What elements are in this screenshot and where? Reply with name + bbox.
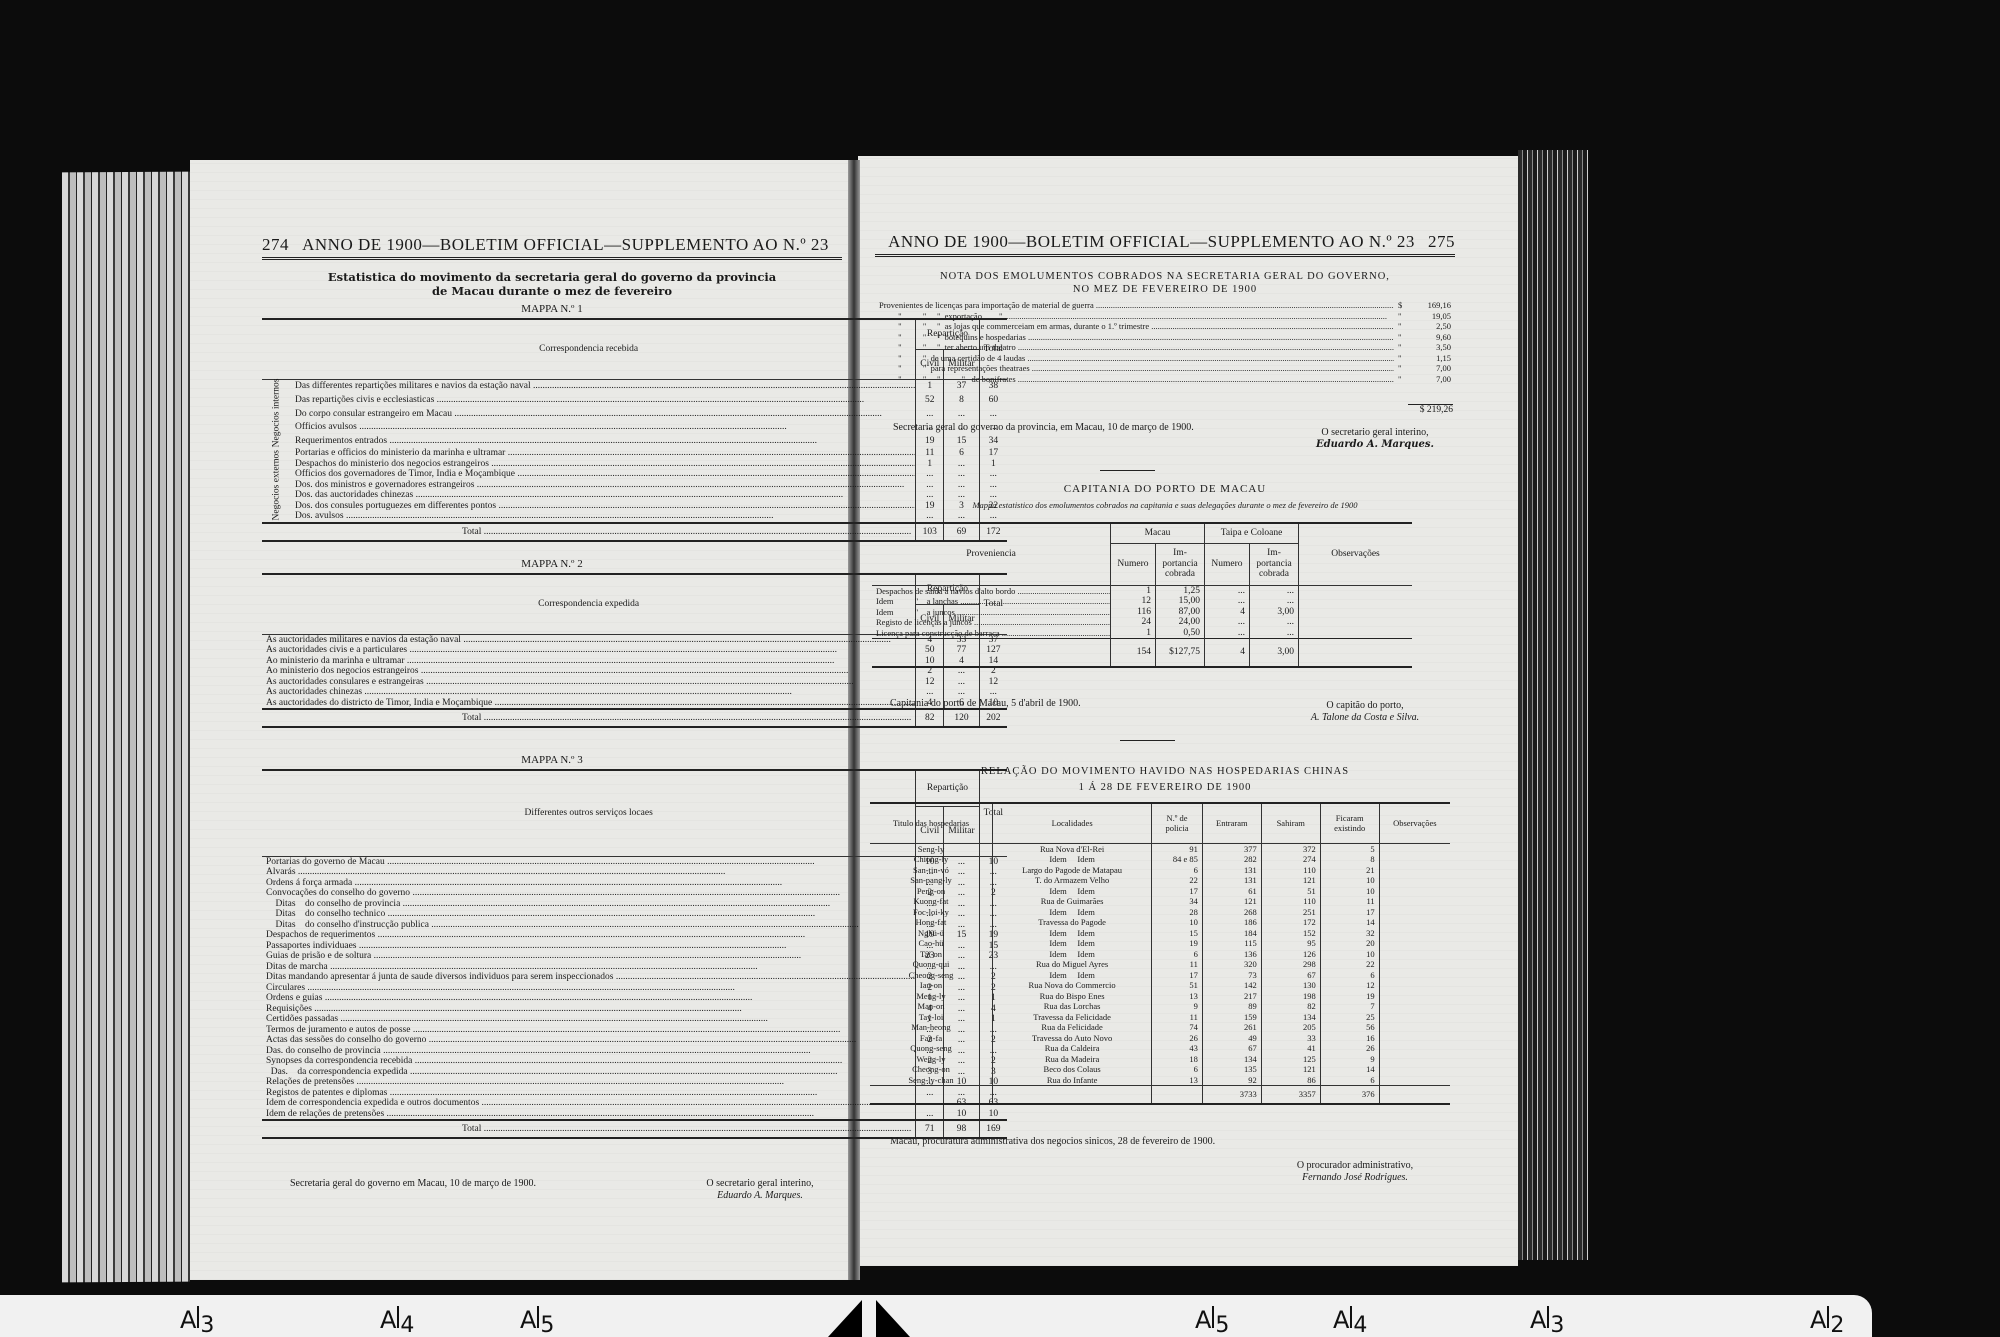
hospedaria-name: San-tin-vó — [870, 865, 993, 876]
ficaram-value: 56 — [1320, 1022, 1379, 1033]
militar-value: ... — [944, 687, 979, 698]
hospedarias-table-wrap: Titulo das hospedariasLocalidadesN.º de … — [870, 802, 1450, 1105]
hospedaria-name: Foc-loi-ky — [870, 907, 993, 918]
localidade: Idem Idem — [993, 907, 1152, 918]
row-label: Ditas do conselho de provincia — [262, 899, 916, 910]
ficaram-value: 21 — [1320, 865, 1379, 876]
row-label: Ordens á força armada — [262, 878, 916, 889]
entraram-value: 261 — [1202, 1022, 1261, 1033]
sahiram-value: 110 — [1261, 865, 1320, 876]
row-label: Dos. dos ministros e governadores estran… — [291, 480, 916, 491]
m-num-value: 12 — [1111, 596, 1156, 607]
policia-number: 6 — [1152, 865, 1203, 876]
ficaram-value: 8 — [1320, 854, 1379, 865]
hospedarias-title-line-1: RELAÇÃO DO MOVIMENTO HAVIDO NAS HOSPEDAR… — [875, 764, 1455, 780]
localidade: Beco dos Colaus — [993, 1064, 1152, 1075]
row-label: Requerimentos entrados — [291, 435, 916, 449]
ficaram-value: 17 — [1320, 907, 1379, 918]
localidade: Idem Idem — [993, 886, 1152, 897]
hospedarias-footer-place: Macau, procuratura administrativa dos ne… — [890, 1136, 1310, 1148]
signatory-role: O secretario geral interino, — [680, 1178, 840, 1190]
sahiram-value: 372 — [1261, 843, 1320, 854]
table-row: San-pang-lyT. do Armazem Velho2213112110 — [870, 875, 1450, 886]
m-imp-value: 24,00 — [1156, 617, 1205, 628]
observacoes-value — [1379, 938, 1450, 949]
policia-number: 6 — [1152, 1064, 1203, 1075]
table-row: Man-heongRua da Felicidade7426120556 — [870, 1022, 1450, 1033]
hospedaria-name: Cao-hü — [870, 938, 993, 949]
running-head: ANNO DE 1900—BOLETIM OFFICIAL—SUPPLEMENT… — [875, 232, 1428, 252]
total-value: 1 — [979, 459, 1007, 470]
fee-value: 1,15 — [1412, 353, 1455, 364]
table-row: Despachos do ministerio dos negocios est… — [262, 459, 1007, 470]
signatory-name: Fernando José Rodrigues. — [1270, 1172, 1440, 1184]
policia-number: 84 e 85 — [1152, 854, 1203, 865]
policia-number: 17 — [1152, 970, 1203, 981]
mappa3-table-wrap: Differentes outros serviços locaes Repar… — [262, 769, 842, 1139]
table-row: Cheong-sengIdem Idem1773676 — [870, 970, 1450, 981]
row-label: Ao ministerio da marinha e ultramar — [262, 656, 916, 667]
col-header-observacoes: Observações — [1299, 523, 1413, 585]
row-label: Officios avulsos — [291, 421, 916, 435]
observacoes-value — [1379, 865, 1450, 876]
ficaram-value: 10 — [1320, 949, 1379, 960]
entraram-value: 282 — [1202, 854, 1261, 865]
sahiram-value: 41 — [1261, 1043, 1320, 1054]
signatory-name: Eduardo A. Marques. — [680, 1190, 840, 1202]
col-header: Titulo das hospedarias — [870, 803, 993, 843]
t-imp-value: ... — [1250, 628, 1299, 639]
militar-value: 6 — [944, 448, 979, 459]
col-header: Localidades — [993, 803, 1152, 843]
row-label: Ditas do conselho technico — [262, 909, 916, 920]
row-label: Idem de relações de pretensões — [262, 1109, 916, 1121]
ficaram-value: 10 — [1320, 875, 1379, 886]
row-label: Synopses da correspondencia recebida — [262, 1056, 916, 1067]
list-item: Provenientes de licenças para importação… — [875, 300, 1455, 311]
total-entraram: 3733 — [1202, 1086, 1261, 1104]
civil-value: 19 — [916, 435, 944, 449]
hospedaria-name: Meng-ly — [870, 991, 993, 1002]
table-row: Registo de licenças a juncos2424,00.....… — [872, 617, 1412, 628]
observacoes-value — [1379, 843, 1450, 854]
sahiram-value: 121 — [1261, 875, 1320, 886]
film-frame-marker: A4 — [1333, 1306, 1367, 1337]
policia-number: 15 — [1152, 928, 1203, 939]
col-header-macau: Macau — [1111, 523, 1205, 543]
col-header-proveniencia: Proveniencia — [872, 523, 1111, 585]
m-imp-value: 87,00 — [1156, 607, 1205, 618]
marker-letter: A — [520, 1306, 536, 1334]
table-row: Seng-ly-chanRua do Infante1392866 — [870, 1075, 1450, 1086]
entraram-value: 121 — [1202, 896, 1261, 907]
table-row: Man-onRua das Lorchas989827 — [870, 1001, 1450, 1012]
fee-value: 19,05 — [1412, 311, 1455, 322]
row-label: Ditas mandando apresentar á junta de sau… — [262, 972, 916, 983]
page-number: 275 — [1428, 232, 1455, 252]
table-row: Idem " a lanchas1215,00...... — [872, 596, 1412, 607]
table-row: Chiong-lyIdem Idem84 e 852822748 — [870, 854, 1450, 865]
entraram-value: 320 — [1202, 959, 1261, 970]
policia-number: 43 — [1152, 1043, 1203, 1054]
sahiram-value: 67 — [1261, 970, 1320, 981]
fee-label: " " " " de bonifrates — [875, 374, 1394, 385]
entraram-value: 142 — [1202, 980, 1261, 991]
table-row: Idem " a juncos11687,0043,00 — [872, 607, 1412, 618]
sahiram-value: 298 — [1261, 959, 1320, 970]
total-row: Total82120202 — [262, 709, 1007, 727]
row-label: Das differentes repartições militares e … — [291, 379, 916, 393]
table-row: Do corpo consular estrangeiro em Macau..… — [262, 407, 1007, 421]
sahiram-value: 110 — [1261, 896, 1320, 907]
policia-number: 6 — [1152, 949, 1203, 960]
total-t-num: 4 — [1205, 639, 1250, 667]
civil-value: ... — [916, 687, 944, 698]
t-imp-value: ... — [1250, 585, 1299, 596]
total-empty — [993, 1086, 1152, 1104]
sahiram-value: 274 — [1261, 854, 1320, 865]
observacoes-value — [1379, 907, 1450, 918]
film-frame-marker: A4 — [380, 1306, 414, 1337]
hospedarias-title-line-2: 1 Á 28 DE FEVEREIRO DE 1900 — [875, 780, 1455, 796]
observacoes-value — [1379, 1043, 1450, 1054]
ficaram-value: 20 — [1320, 938, 1379, 949]
ficaram-value: 14 — [1320, 1064, 1379, 1075]
signatory-role: O secretario geral interino, — [1300, 427, 1450, 439]
policia-number: 74 — [1152, 1022, 1203, 1033]
civil-value: ... — [916, 407, 944, 421]
ficaram-value: 22 — [1320, 959, 1379, 970]
capitania-footer-place: Capitania do porto de Macau, 5 d'abril d… — [890, 698, 1230, 710]
total-value: ... — [979, 407, 1007, 421]
total-value: 2 — [979, 666, 1007, 677]
row-label: Dos. dos consules portuguezes em differe… — [291, 501, 916, 512]
book-fore-edge-left — [62, 172, 190, 1283]
militar-value: ... — [944, 459, 979, 470]
civil-value: 11 — [916, 448, 944, 459]
list-item: " " " exportação ""19,05 — [875, 311, 1455, 322]
table-row: San-tin-vóLargo do Pagode de Matapau6131… — [870, 865, 1450, 876]
row-label: Idem " a juncos — [872, 607, 1111, 618]
observacoes-value — [1379, 1012, 1450, 1023]
hospedaria-name: Chiong-ly — [870, 854, 993, 865]
t-imp-value: ... — [1250, 596, 1299, 607]
section-divider — [1100, 470, 1155, 471]
hospedaria-name: Cheong-on — [870, 1064, 993, 1075]
hospedaria-name: Weng-ly — [870, 1054, 993, 1065]
table-row: Cheong-onBeco dos Colaus613512114 — [870, 1064, 1450, 1075]
total-militar: 120 — [944, 709, 979, 727]
total-m-num: 154 — [1111, 639, 1156, 667]
localidade: Idem Idem — [993, 928, 1152, 939]
row-label: Despachos de saida a navios d'alto bordo — [872, 585, 1111, 596]
table-row: Ás auctoridades chinezas......... — [262, 687, 1007, 698]
militar-value: ... — [944, 666, 979, 677]
ficaram-value: 9 — [1320, 1054, 1379, 1065]
total-label: Total — [262, 1120, 916, 1138]
row-label: Registo de licenças a juncos — [872, 617, 1111, 628]
signatory-role: O procurador administrativo, — [1270, 1160, 1440, 1172]
signatory-role: O capitão do porto, — [1280, 700, 1450, 712]
table-row: Peng-onIdem Idem17615110 — [870, 886, 1450, 897]
localidade: Rua de Guimarães — [993, 896, 1152, 907]
fee-value: 2,50 — [1412, 321, 1455, 332]
row-label: Licença para construcção de barraca — [872, 628, 1111, 639]
fee-label: " " para representações theatraes — [875, 363, 1394, 374]
film-frame-marker: A2 — [1810, 1306, 1844, 1337]
fee-label: " " " ter aberto um theatro — [875, 342, 1394, 353]
table-row: Despachos de saida a navios d'alto bordo… — [872, 585, 1412, 596]
hospedaria-name: San-pang-ly — [870, 875, 993, 886]
localidade: Rua Nova do Commercio — [993, 980, 1152, 991]
marker-number: 4 — [1353, 1313, 1367, 1337]
marker-letter: A — [1810, 1306, 1826, 1334]
t-num-value: ... — [1205, 628, 1250, 639]
hospedaria-name: Tay-loi — [870, 1012, 993, 1023]
total-ficaram: 376 — [1320, 1086, 1379, 1104]
fee-value: 7,00 — [1412, 363, 1455, 374]
civil-value: ... — [916, 1109, 944, 1121]
sahiram-value: 152 — [1261, 928, 1320, 939]
nota-footer-place: Secretaria geral do governo da provincia… — [893, 422, 1273, 434]
table-row: Cao-hüIdem Idem191159520 — [870, 938, 1450, 949]
observacoes-value — [1379, 1001, 1450, 1012]
arrow-right-icon — [876, 1300, 910, 1337]
list-item: " " " botequins e hospedarias"9,60 — [875, 332, 1455, 343]
col-header: Entraram — [1202, 803, 1261, 843]
ficaram-value: 5 — [1320, 843, 1379, 854]
group-label-external: Negocios externos — [262, 448, 291, 523]
row-label: Despachos do ministerio dos negocios est… — [291, 459, 916, 470]
sahiram-value: 172 — [1261, 917, 1320, 928]
list-item: " " " " de bonifrates"7,00 — [875, 374, 1455, 385]
total-row: 37333357376 — [870, 1086, 1450, 1104]
list-item: " " de uma certidão de 4 laudas"1,15 — [875, 353, 1455, 364]
civil-value: 12 — [916, 677, 944, 688]
observacoes-value — [1299, 585, 1413, 596]
list-item: " " para representações theatraes"7,00 — [875, 363, 1455, 374]
table-row: Negocios externosPortarias e officios do… — [262, 448, 1007, 459]
capitania-table-wrap: Proveniencia Macau Taipa e Coloane Obser… — [872, 522, 1412, 668]
page-number: 274 — [262, 235, 289, 255]
ficaram-value: 16 — [1320, 1033, 1379, 1044]
hospedaria-name: Peng-on — [870, 886, 993, 897]
fee-currency: " — [1394, 342, 1412, 353]
sahiram-value: 86 — [1261, 1075, 1320, 1086]
sahiram-value: 125 — [1261, 1054, 1320, 1065]
localidade: Idem Idem — [993, 970, 1152, 981]
policia-number: 22 — [1152, 875, 1203, 886]
sahiram-value: 251 — [1261, 907, 1320, 918]
observacoes-value — [1379, 991, 1450, 1002]
t-num-value: ... — [1205, 617, 1250, 628]
table-row: Ás auctoridades consulares e estrangeira… — [262, 677, 1007, 688]
localidade: Rua Nova d'El-Rei — [993, 843, 1152, 854]
row-label: Dos. avulsos — [291, 511, 916, 523]
m-num-value: 1 — [1111, 628, 1156, 639]
civil-value: 1 — [916, 459, 944, 470]
militar-value: ... — [944, 469, 979, 480]
ficaram-value: 6 — [1320, 1075, 1379, 1086]
total-empty — [1152, 1086, 1203, 1104]
ficaram-value: 11 — [1320, 896, 1379, 907]
col-header-main: Correspondencia recebida — [262, 319, 916, 379]
sahiram-value: 126 — [1261, 949, 1320, 960]
fee-currency: " — [1394, 353, 1412, 364]
entraram-value: 61 — [1202, 886, 1261, 897]
hospedaria-name: Man-on — [870, 1001, 993, 1012]
row-label: Relações de pretensões — [262, 1077, 916, 1088]
table-row: Weng-lyRua da Madeira181341259 — [870, 1054, 1450, 1065]
right-running-header: ANNO DE 1900—BOLETIM OFFICIAL—SUPPLEMENT… — [875, 232, 1455, 257]
hospedarias-table: Titulo das hospedariasLocalidadesN.º de … — [870, 802, 1450, 1105]
entraram-value: 115 — [1202, 938, 1261, 949]
hospedarias-title: RELAÇÃO DO MOVIMENTO HAVIDO NAS HOSPEDAR… — [875, 764, 1455, 796]
row-label: Ás auctoridades chinezas — [262, 687, 916, 698]
sahiram-value: 198 — [1261, 991, 1320, 1002]
localidade: Travessa da Felicidade — [993, 1012, 1152, 1023]
policia-number: 51 — [1152, 980, 1203, 991]
hospedaria-name: Quong-qui — [870, 959, 993, 970]
localidade: Travessa do Auto Novo — [993, 1033, 1152, 1044]
table-row: Iau-onRua Nova do Commercio5114213012 — [870, 980, 1450, 991]
fee-value: 7,00 — [1412, 374, 1455, 385]
col-header-taipa: Taipa e Coloane — [1205, 523, 1299, 543]
entraram-value: 89 — [1202, 1001, 1261, 1012]
m-num-value: 116 — [1111, 607, 1156, 618]
row-label: Ás auctoridades civis e a particulares — [262, 645, 916, 656]
observacoes-value — [1299, 628, 1413, 639]
total-value: 10 — [979, 1109, 1007, 1121]
row-label: Idem de correspondencia expedida e outro… — [262, 1098, 916, 1109]
fee-label: " " " exportação " — [875, 311, 1394, 322]
total-m-imp: $127,75 — [1156, 639, 1205, 667]
hospedaria-name: Hong-fat — [870, 917, 993, 928]
total-value: 34 — [979, 435, 1007, 449]
entraram-value: 217 — [1202, 991, 1261, 1002]
total-observacoes — [1299, 639, 1413, 667]
total-label-cell — [872, 639, 1111, 667]
nota-total-currency: $ — [1420, 405, 1425, 415]
ficaram-value: 14 — [1320, 917, 1379, 928]
list-item: " " " as lojas que commerceiam em armas,… — [875, 321, 1455, 332]
policia-number: 17 — [1152, 886, 1203, 897]
heading-line-2: de Macau durante o mez de fevereiro — [262, 284, 842, 298]
row-label: Dos. das auctoridades chinezas — [291, 490, 916, 501]
observacoes-value — [1379, 959, 1450, 970]
marker-letter: A — [180, 1306, 196, 1334]
col-header-macau-numero: Numero — [1111, 543, 1156, 585]
entraram-value: 131 — [1202, 865, 1261, 876]
total-value: ... — [979, 687, 1007, 698]
total-observacoes — [1379, 1086, 1450, 1104]
fee-currency: " — [1394, 363, 1412, 374]
observacoes-value — [1299, 596, 1413, 607]
mappa1-table-wrap: Correspondencia recebida Repartição Tota… — [262, 318, 842, 542]
policia-number: 19 — [1152, 938, 1203, 949]
row-label: Passaportes individuaes — [262, 941, 916, 952]
t-num-value: ... — [1205, 585, 1250, 596]
total-empty — [870, 1086, 993, 1104]
table-row: Nghü-üIdem Idem1518415232 — [870, 928, 1450, 939]
observacoes-value — [1379, 980, 1450, 991]
localidade: Largo do Pagode de Matapau — [993, 865, 1152, 876]
total-t-imp: 3,00 — [1250, 639, 1299, 667]
marker-number: 3 — [200, 1313, 214, 1337]
ficaram-value: 7 — [1320, 1001, 1379, 1012]
mappa2-table-wrap: Correspondencia expedida Repartição Tota… — [262, 573, 842, 728]
civil-value: 52 — [916, 393, 944, 407]
observacoes-value — [1379, 1022, 1450, 1033]
marker-letter: A — [1195, 1306, 1211, 1334]
policia-number: 10 — [1152, 917, 1203, 928]
observacoes-value — [1299, 607, 1413, 618]
localidade: Rua da Madeira — [993, 1054, 1152, 1065]
col-header-main: Correspondencia expedida — [262, 574, 916, 634]
table-row: Tai-onIdem Idem613612610 — [870, 949, 1450, 960]
observacoes-value — [1379, 949, 1450, 960]
col-header-taipa-importancia: Im-portancia cobrada — [1250, 543, 1299, 585]
running-head: ANNO DE 1900—BOLETIM OFFICIAL—SUPPLEMENT… — [289, 235, 842, 255]
hospedaria-name: Fan-fa — [870, 1033, 993, 1044]
row-label: Ao ministerio dos negocios estrangeiros — [262, 666, 916, 677]
m-imp-value: 15,00 — [1156, 596, 1205, 607]
nota-title: NOTA DOS EMOLUMENTOS COBRADOS NA SECRETA… — [875, 270, 1455, 296]
observacoes-value — [1379, 854, 1450, 865]
localidade: Idem Idem — [993, 938, 1152, 949]
total-civil: 82 — [916, 709, 944, 727]
left-running-header: 274 ANNO DE 1900—BOLETIM OFFICIAL—SUPPLE… — [262, 235, 842, 260]
hospedaria-name: Seng-ly — [870, 843, 993, 854]
nota-footer-signature: O secretario geral interino, Eduardo A. … — [1300, 427, 1450, 451]
row-label: Alvarás — [262, 867, 916, 878]
t-imp-value: ... — [1250, 617, 1299, 628]
marker-number: 2 — [1830, 1313, 1844, 1337]
sahiram-value: 121 — [1261, 1064, 1320, 1075]
table-row: Quong-quiRua do Miguel Ayres1132029822 — [870, 959, 1450, 970]
t-num-value: ... — [1205, 596, 1250, 607]
left-footer-signature: O secretario geral interino, Eduardo A. … — [680, 1178, 840, 1202]
civil-value: 2 — [916, 666, 944, 677]
marker-number: 5 — [1215, 1313, 1229, 1337]
localidade: Rua do Bispo Enes — [993, 991, 1152, 1002]
hospedaria-name: Quong-seng — [870, 1043, 993, 1054]
ficaram-value: 32 — [1320, 928, 1379, 939]
fee-label: " " " as lojas que commerceiam em armas,… — [875, 321, 1394, 332]
m-imp-value: 1,25 — [1156, 585, 1205, 596]
fee-label: " " " botequins e hospedarias — [875, 332, 1394, 343]
marker-number: 3 — [1550, 1313, 1564, 1337]
hospedaria-name: Kuong-fat — [870, 896, 993, 907]
table-row: Officios dos governadores de Timor, Indi… — [262, 469, 1007, 480]
fee-value: 3,50 — [1412, 342, 1455, 353]
row-label: Requisições — [262, 1004, 916, 1015]
group-label-internal: Negocios internos — [262, 379, 291, 448]
row-label: Despachos de requerimentos — [262, 930, 916, 941]
sahiram-value: 51 — [1261, 886, 1320, 897]
microfilm-strip — [0, 1295, 1872, 1337]
observacoes-value — [1379, 886, 1450, 897]
row-label: Idem " a lanchas — [872, 596, 1111, 607]
row-label: Ditas de marcha — [262, 962, 916, 973]
total-value: 17 — [979, 448, 1007, 459]
sahiram-value: 205 — [1261, 1022, 1320, 1033]
entraram-value: 73 — [1202, 970, 1261, 981]
localidade: Travessa do Pagode — [993, 917, 1152, 928]
fee-value: 169,16 — [1412, 300, 1455, 311]
section-divider — [1120, 740, 1175, 741]
m-num-value: 1 — [1111, 585, 1156, 596]
